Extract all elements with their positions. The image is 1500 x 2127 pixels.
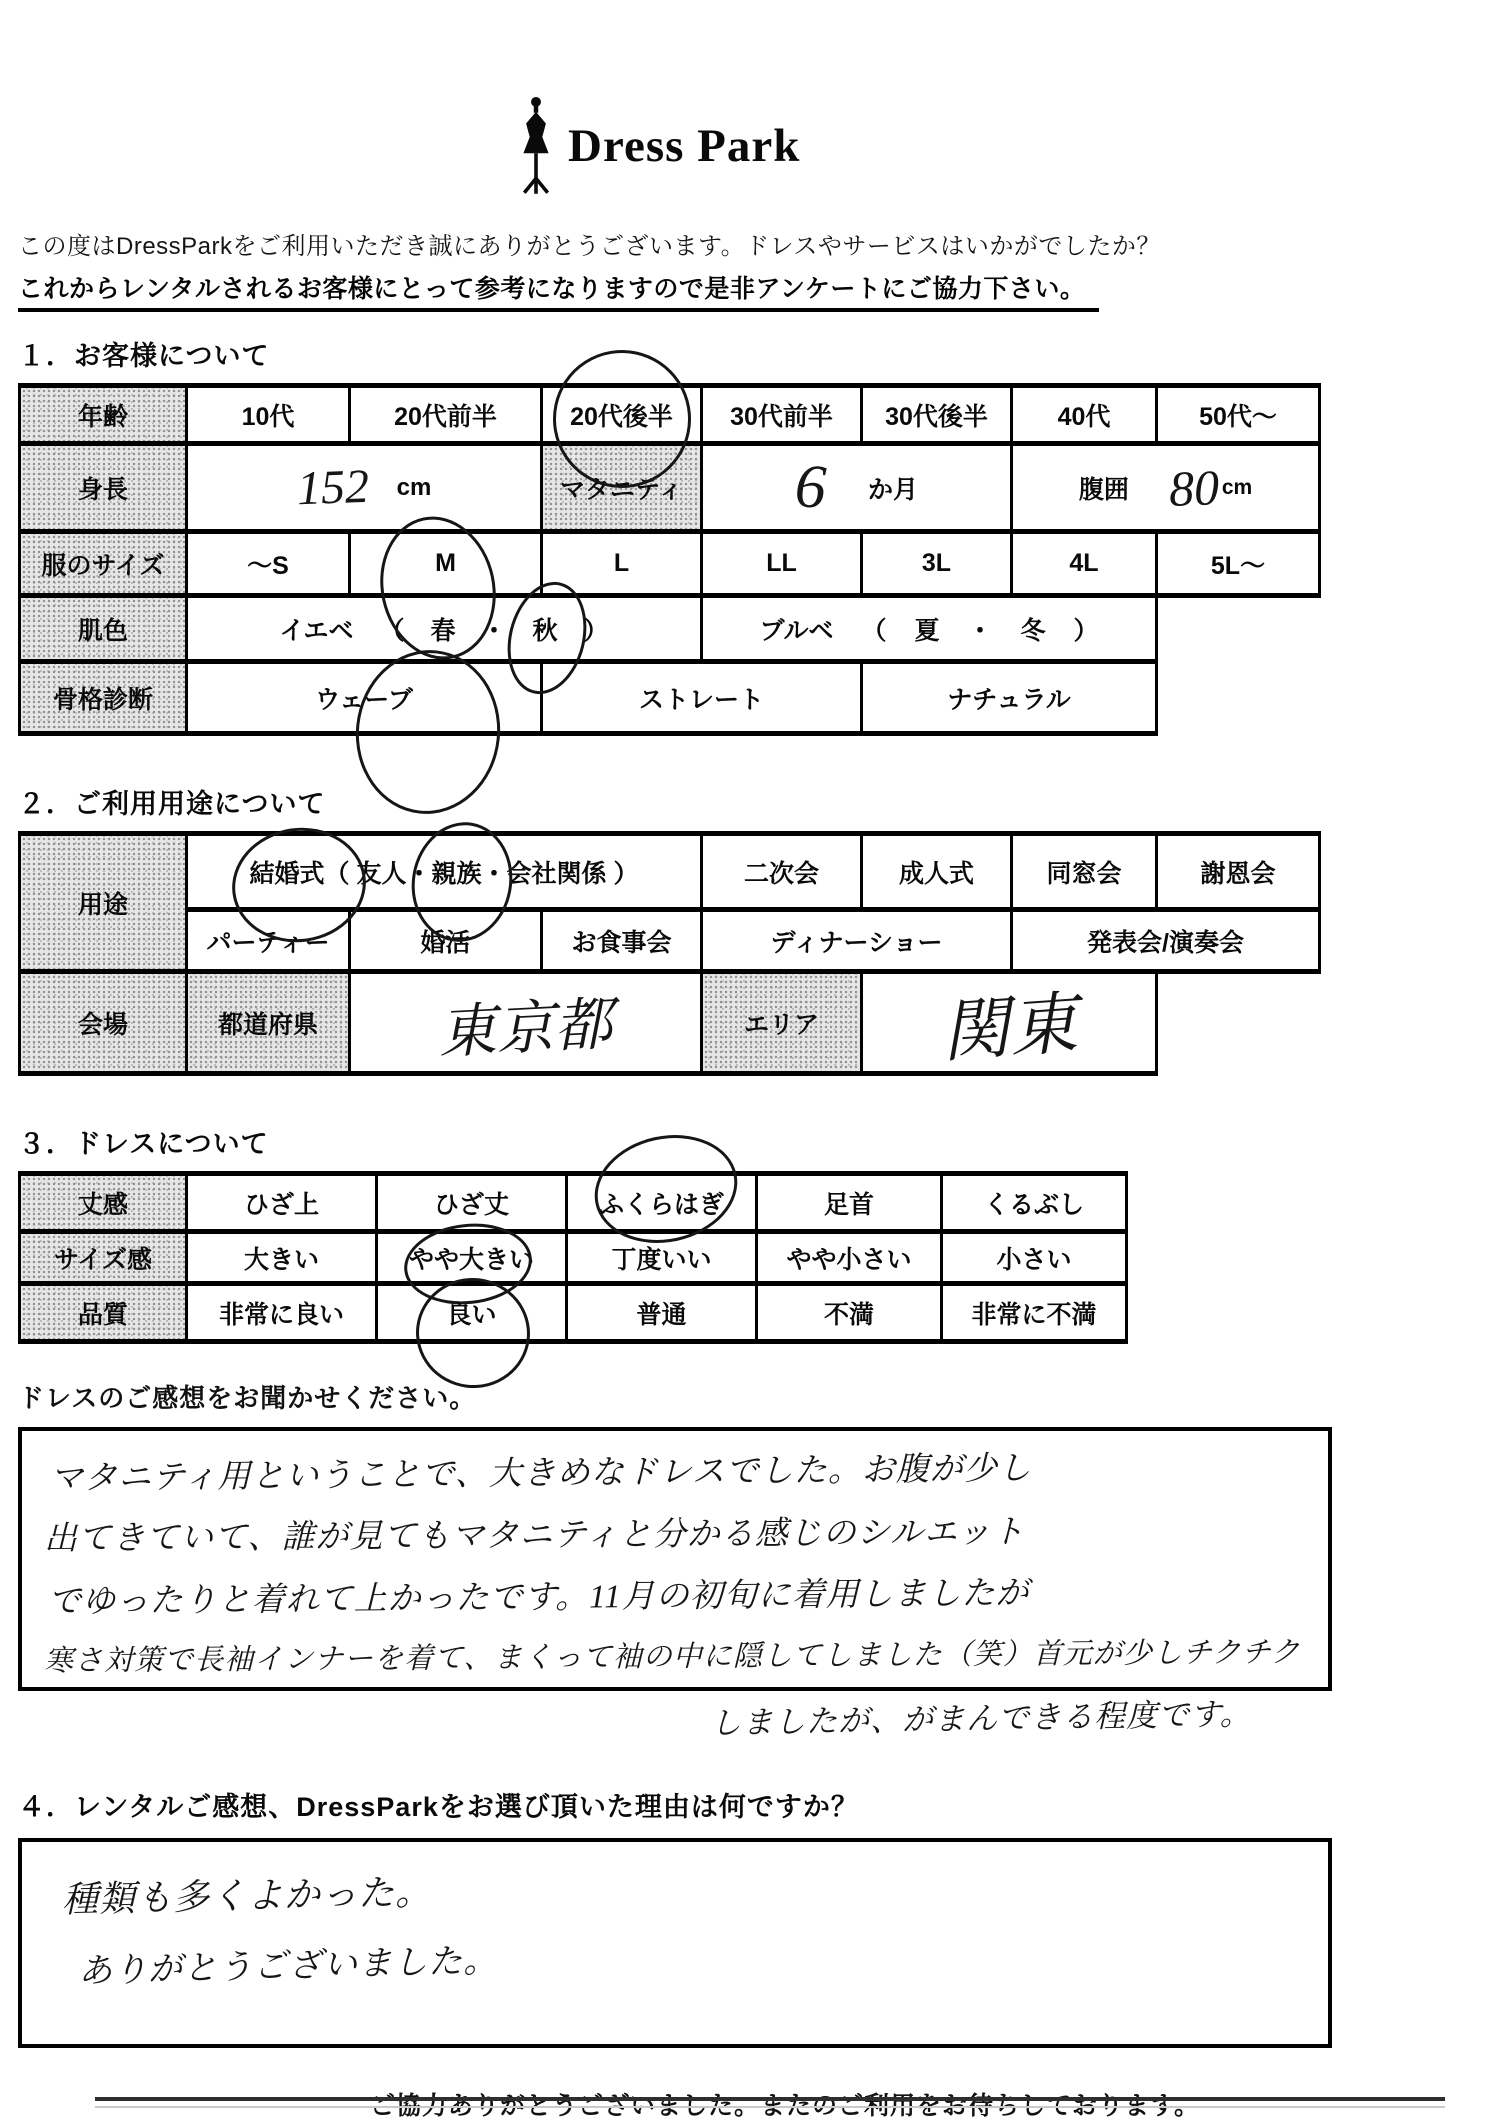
usage-label: 用途 [20,834,187,972]
age-option: 40代 [1012,386,1157,444]
length-option: ひざ上 [187,1174,377,1232]
quality-option: 不満 [757,1284,942,1342]
height-unit: cm [397,474,432,502]
empty-cell [1157,596,1320,662]
dress-rating-table: 丈感 ひざ上 ひざ丈 ふくらはぎ 足首 くるぶし サイズ感 大きい やや大きい … [18,1171,1128,1344]
area-label: エリア [702,972,862,1074]
usage-row-2: パーティー 婚活 お食事会 ディナーショー 発表会/演奏会 [20,910,1320,972]
usage-option: 同窓会 [1012,834,1157,910]
waist-label: 腹囲 [1079,470,1129,506]
waist-cell: 腹囲 80 cm [1012,444,1320,532]
length-option: くるぶし [942,1174,1127,1232]
area-value-cell: 関東 [862,972,1157,1074]
customer-info-table: 年齢 10代 20代前半 20代後半 30代前半 30代後半 40代 50代～ … [18,383,1321,736]
dressform-icon [518,94,554,198]
frame-option: ナチュラル [862,662,1157,734]
length-option: 足首 [757,1174,942,1232]
age-option: 10代 [187,386,350,444]
age-option: 30代後半 [862,386,1012,444]
blue-base-cell: ブルベ（ 夏・ 冬） [702,596,1157,662]
age-option: 20代前半 [350,386,542,444]
size-option: 5L～ [1157,532,1320,596]
brand-logo: Dress Park [518,92,1478,200]
size-option-selected: M [350,532,542,596]
height-value-cell: 152 cm [187,444,542,532]
dress-feedback-box: マタニティ用ということで、大きめなドレスでした。お腹が少し 出てきていて、誰が見… [18,1427,1332,1691]
size-row: 服のサイズ ～S M L LL 3L 4L 5L～ [20,532,1320,596]
length-option: ひざ丈 [377,1174,567,1232]
usage-option: ディナーショー [702,910,1012,972]
quality-option: 非常に良い [187,1284,377,1342]
usage-option: 婚活 [350,910,542,972]
scan-artifact-line [95,2106,1445,2108]
handwritten-feedback-line: しましたが、がまんできる程度です。 [710,1688,1252,1742]
waist-unit: cm [1222,476,1252,500]
length-option-selected: ふくらはぎ [567,1174,757,1232]
height-label: 身長 [20,444,187,532]
months-handwritten-value: 6 [793,451,828,524]
age-option-selected: 20代後半 [542,386,702,444]
frame-label: 骨格診断 [20,662,187,734]
section1-title: １．お客様について [18,334,1478,373]
section4-title: ４．レンタルご感想、DressParkをお選び頂いた理由は何ですか？ [18,1785,1478,1824]
usage-option: お食事会 [542,910,702,972]
fit-option: やや小さい [757,1232,942,1284]
fit-option: 丁度いい [567,1232,757,1284]
handwritten-feedback-line: でゆったりと着れて上かったです。11月の初旬に着用しましたが [48,1567,1030,1623]
usage-option-selected: 結婚式 [250,854,325,890]
intro-request-text: これからレンタルされるお客様にとって参考になりますので是非アンケートにご協力下さ… [18,269,1099,312]
scan-artifact-line [95,2097,1445,2101]
fit-label: サイズ感 [20,1232,187,1284]
section2-title: ２．ご利用用途について [18,782,1478,821]
size-option: L [542,532,702,596]
area-handwritten-value: 関東 [938,969,1080,1075]
length-row: 丈感 ひざ上 ひざ丈 ふくらはぎ 足首 くるぶし [20,1174,1127,1232]
skin-label: 肌色 [20,596,187,662]
scanned-survey-form: { "brand": {"name": "Dress Park"}, "intr… [0,0,1500,2127]
size-option: 3L [862,532,1012,596]
fit-option-selected: やや大きい [377,1232,567,1284]
handwritten-feedback-line: 出てきていて、誰が見てもマタニティと分かる感じのシルエット [44,1506,1026,1560]
usage-option: 謝恩会 [1157,834,1320,910]
handwritten-circle [410,1271,537,1394]
section3-title: ３．ドレスについて [18,1122,1478,1161]
frame-option-selected: ウェーブ [187,662,542,734]
frame-diagnosis-row: 骨格診断 ウェーブ ストレート ナチュラル [20,662,1320,734]
size-option: 4L [1012,532,1157,596]
venue-label: 会場 [20,972,187,1074]
empty-cell [1157,662,1320,734]
brand-name: Dress Park [568,119,800,173]
size-option: LL [702,532,862,596]
usage-option: 発表会/演奏会 [1012,910,1320,972]
skin-option-selected: 秋 [533,611,558,647]
usage-option: 成人式 [862,834,1012,910]
quality-row: 品質 非常に良い 良い 普通 不満 非常に不満 [20,1284,1127,1342]
size-label: 服のサイズ [20,532,187,596]
quality-option-selected: 良い [377,1284,567,1342]
age-option: 50代～ [1157,386,1320,444]
skin-tone-row: 肌色 イエベ（ 春・ 秋 ） ブルベ（ 夏・ 冬） [20,596,1320,662]
usage-row-1: 用途 結婚式 （ 友人・ 親族 ・会社関係 ） 二次会 成人式 同窓会 [20,834,1320,910]
prefecture-label: 都道府県 [187,972,350,1074]
maternity-months-cell: 6 か月 [702,444,1012,532]
dress-feedback-prompt: ドレスのご感想をお聞かせください。 [18,1378,1478,1415]
height-handwritten-value: 152 [296,459,370,516]
quality-option: 普通 [567,1284,757,1342]
prefecture-handwritten-value: 東京都 [436,976,614,1069]
size-option: ～S [187,532,350,596]
age-row: 年齢 10代 20代前半 20代後半 30代前半 30代後半 40代 50代～ [20,386,1320,444]
months-unit: か月 [868,470,918,506]
wedding-cell: 結婚式 （ 友人・ 親族 ・会社関係 ） [187,834,702,910]
height-row: 身長 152 cm マタニティ 6 か月 腹囲 80 cm [20,444,1320,532]
age-option: 30代前半 [702,386,862,444]
yellow-base-cell: イエベ（ 春・ 秋 ） [187,596,702,662]
age-label: 年齢 [20,386,187,444]
usage-suboption-selected: 親族 [432,854,482,890]
venue-row: 会場 都道府県 東京都 エリア 関東 [20,972,1320,1074]
usage-option: パーティー [187,910,350,972]
handwritten-feedback-line: 寒さ対策で長袖インナーを着て、まくって袖の中に隠してしました（笑）首元が少しチク… [44,1630,1301,1680]
fit-row: サイズ感 大きい やや大きい 丁度いい やや小さい 小さい [20,1232,1127,1284]
empty-cell [1157,972,1320,1074]
intro-text: この度はDressParkをご利用いただき誠にありがとうございます。ドレスやサー… [18,226,1478,261]
quality-option: 非常に不満 [942,1284,1127,1342]
fit-option: 大きい [187,1232,377,1284]
usage-table: 用途 結婚式 （ 友人・ 親族 ・会社関係 ） 二次会 成人式 同窓会 [18,831,1321,1076]
prefecture-value-cell: 東京都 [350,972,702,1074]
handwritten-feedback-line: マタニティ用ということで、大きめなドレスでした。お腹が少し [50,1442,1032,1499]
fit-option: 小さい [942,1232,1127,1284]
usage-option: 二次会 [702,834,862,910]
length-label: 丈感 [20,1174,187,1232]
waist-handwritten-value: 80 [1168,458,1220,518]
handwritten-feedback-line: ありがとうございました。 [77,1933,498,1993]
quality-label: 品質 [20,1284,187,1342]
rental-feedback-box: 種類も多くよかった。 ありがとうございました。 [18,1838,1332,2048]
frame-option: ストレート [542,662,862,734]
handwritten-feedback-line: 種類も多くよかった。 [62,1864,433,1923]
footer-thanks-text: ご協力ありがとうございました。またのご利用をお待ちしております。 [18,2086,1478,2122]
maternity-label: マタニティ [542,444,702,532]
